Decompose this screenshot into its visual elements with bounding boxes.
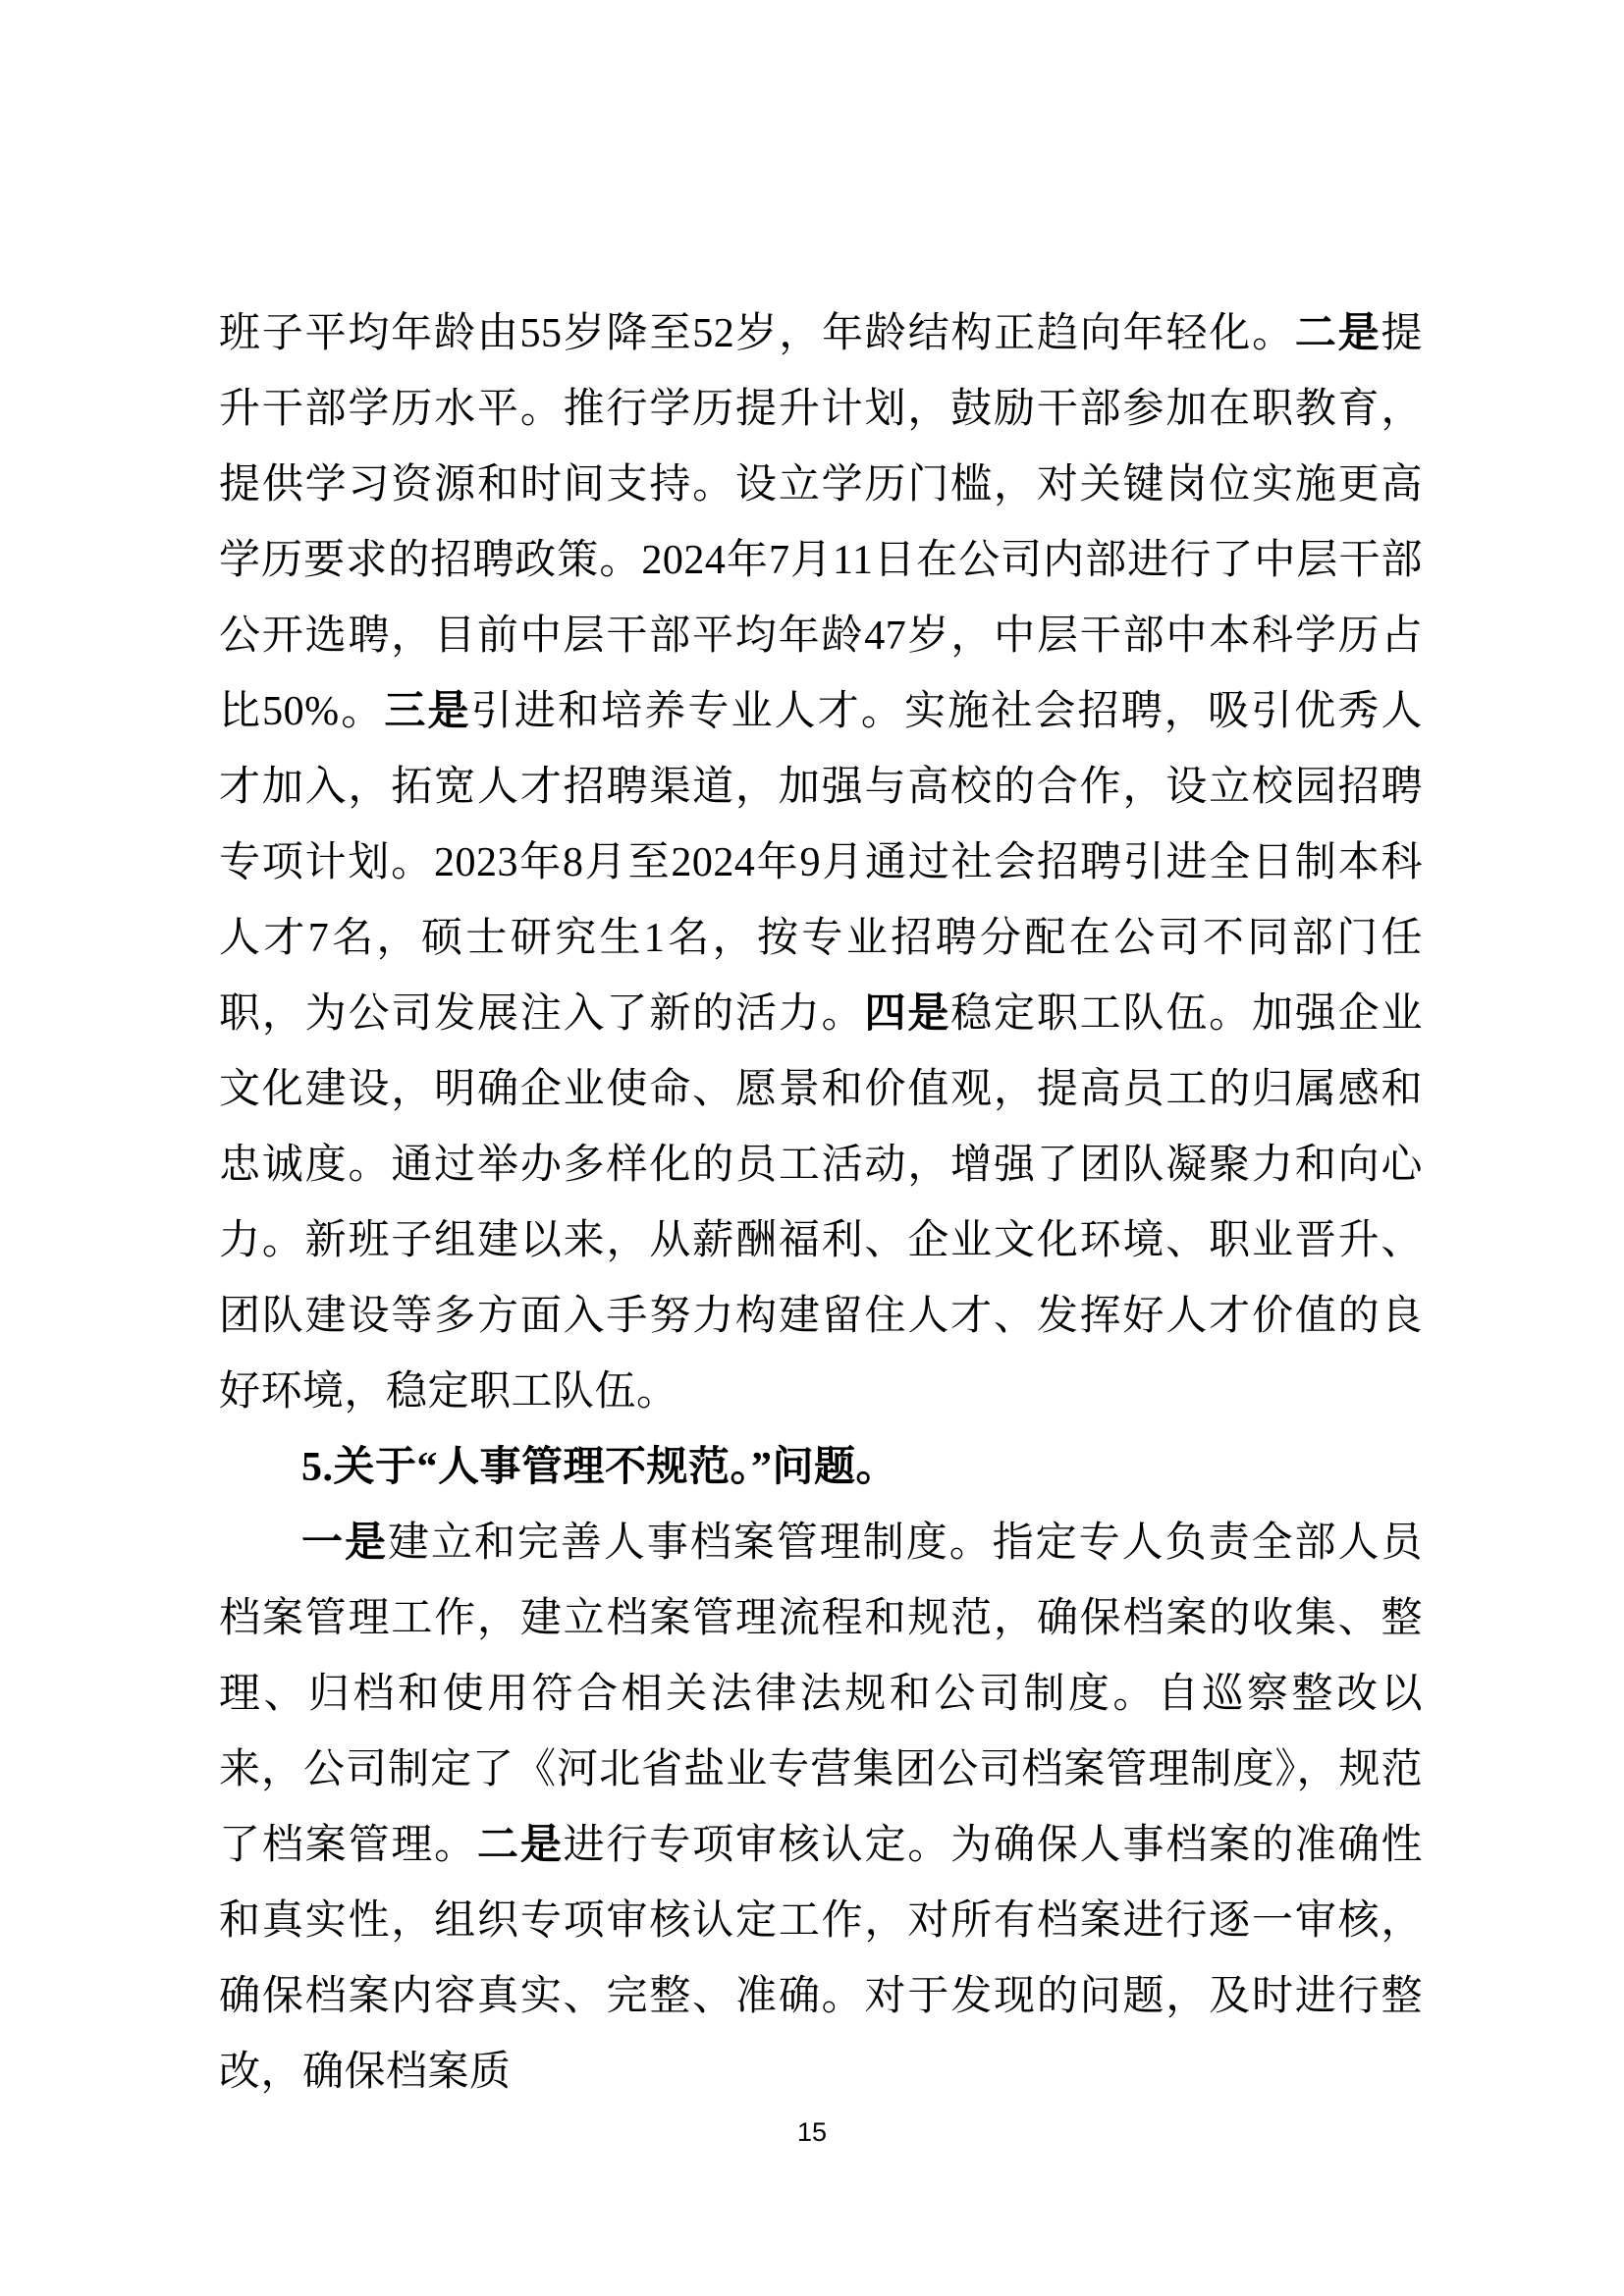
page-number: 15: [0, 2116, 1624, 2148]
text-run: 四是: [864, 991, 950, 1037]
document-content: 班子平均年龄由55岁降至52岁，年龄结构正趋向年轻化。二是提升干部学历水平。推行…: [219, 296, 1423, 2110]
text-run: 班子平均年龄由55岁降至52岁，年龄结构正趋向年轻化。: [219, 311, 1295, 356]
paragraph: 一是建立和完善人事档案管理制度。指定专人负责全部人员档案管理工作，建立档案管理流…: [219, 1506, 1423, 2110]
text-run: 二是: [477, 1823, 564, 1868]
text-run: 引进和培养专业人才。实施社会招聘，吸引优秀人才加入，拓宽人才招聘渠道，加强与高校…: [219, 689, 1423, 1037]
text-run: 建立和完善人事档案管理制度。指定专人负责全部人员档案管理工作，建立档案管理流程和…: [219, 1521, 1423, 1868]
document-page: 班子平均年龄由55岁降至52岁，年龄结构正趋向年轻化。二是提升干部学历水平。推行…: [0, 0, 1624, 2296]
text-run: 三是: [384, 689, 470, 734]
text-run: 稳定职工队伍。加强企业文化建设，明确企业使命、愿景和价值观，提高员工的归属感和忠…: [219, 991, 1423, 1415]
paragraph: 班子平均年龄由55岁降至52岁，年龄结构正趋向年轻化。二是提升干部学历水平。推行…: [219, 296, 1423, 1430]
section-heading: 5.关于“人事管理不规范。”问题。: [219, 1430, 1423, 1506]
text-run: 一是: [301, 1521, 388, 1566]
text-run: 5.关于“人事管理不规范。”问题。: [301, 1445, 897, 1490]
text-run: 提升干部学历水平。推行学历提升计划，鼓励干部参加在职教育，提供学习资源和时间支持…: [219, 311, 1423, 734]
text-run: 二是: [1295, 311, 1381, 356]
